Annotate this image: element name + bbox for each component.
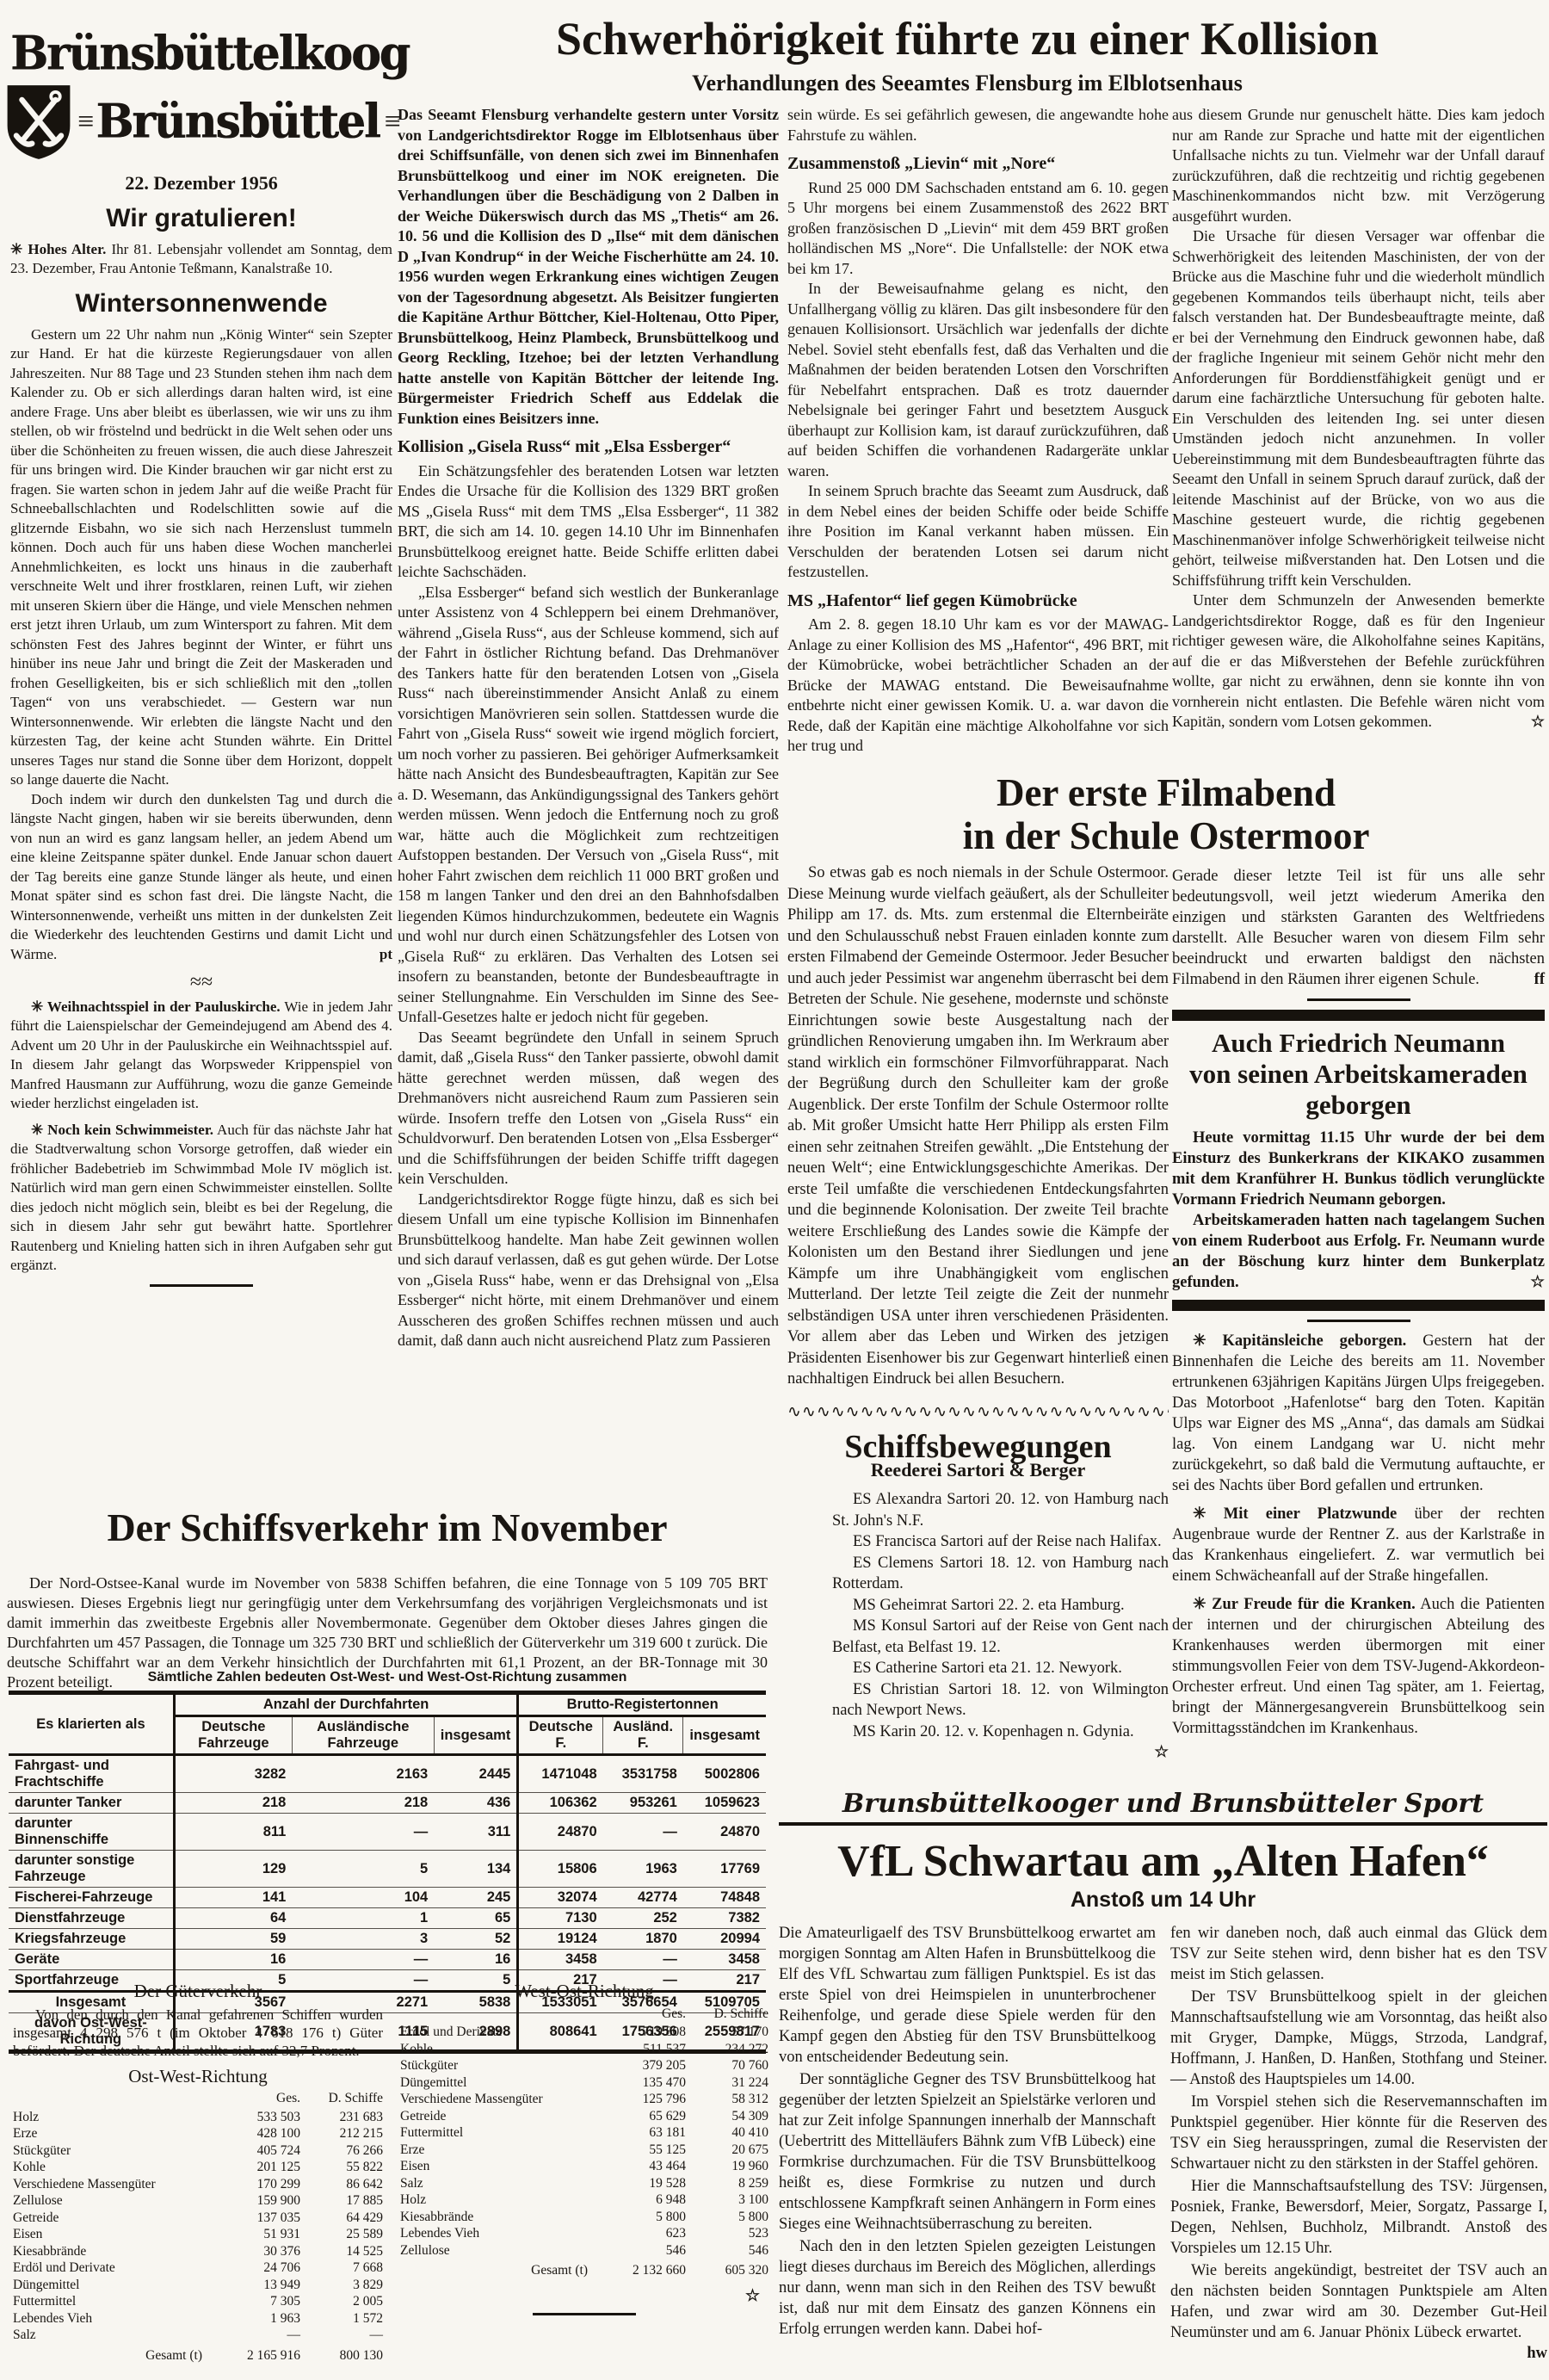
cargo-row: Zellulose546546 (400, 2242, 768, 2259)
sport-section: Brunsbüttelkooger und Brunsbütteler Spor… (779, 1789, 1547, 2364)
sport-end-paragraph: Wie bereits angekündigt, bestreitet der … (1170, 2260, 1547, 2343)
ship-entry: ES Alexandra Sartori 20. 12. von Hamburg… (787, 1489, 1169, 1531)
filmabend-headline: Der erste Filmabend in der Schule Osterm… (787, 771, 1545, 857)
main-headline: Schwerhörigkeit führte zu einer Kollisio… (394, 14, 1540, 64)
table-caption: Sämtliche Zahlen bedeuten Ost-West- und … (9, 1670, 766, 1685)
gueterverkehr-text: Von den durch den Kanal gefahrenen Schif… (13, 2006, 383, 2060)
cargo-row: Erze55 12520 675 (400, 2142, 768, 2159)
filmabend-left-column: So etwas gab es noch niemals in der Schu… (787, 862, 1169, 1764)
anchor-shield-icon (5, 83, 72, 162)
neumann-body: Heute vormittag 11.15 Uhr wurde der bei … (1172, 1128, 1545, 1293)
ost-west-total: Gesamt (t)2 165 916800 130 (13, 2347, 383, 2365)
news-brief: ✳ Mit einer Platzwunde über der rechten … (1172, 1504, 1545, 1586)
author-initials: pt (371, 945, 392, 965)
cargo-row: Erdöl und Derivate719 80857 170 (400, 2024, 768, 2041)
cargo-row: Verschiedene Massengüter170 29986 642 (13, 2176, 383, 2193)
masthead: Brünsbüttelkoog ≡ Brünsbüttel ≡ 22. Deze… (10, 29, 392, 194)
subhead-gisela-russ: Kollision „Gisela Russ“ mit „Elsa Essber… (398, 437, 779, 458)
end-star-icon: ☆ (1521, 1272, 1545, 1293)
west-ost-column-headers: Ges.D. Schiffe (400, 2006, 768, 2023)
section-rule (150, 1284, 253, 1287)
article-column-2: sein würde. Es sei gefährlich gewesen, d… (787, 105, 1169, 775)
cargo-row: Kiesabbrände30 37614 525 (13, 2243, 383, 2260)
end-star-icon: ☆ (400, 2288, 768, 2305)
ship-entry: MS Konsul Sartori auf der Reise von Gent… (787, 1616, 1169, 1658)
west-ost-column: West-Ost-Richtung Ges.D. Schiffe Erdöl u… (400, 1980, 768, 2324)
newspaper-page: Brünsbüttelkoog ≡ Brünsbüttel ≡ 22. Deze… (0, 0, 1549, 2380)
cargo-row: Düngemittel135 47031 224 (400, 2074, 768, 2092)
cargo-row: Erdöl und Derivate24 7067 668 (13, 2259, 383, 2277)
small-wave-divider: ≈≈ (10, 973, 392, 992)
section-rule (1307, 1320, 1410, 1322)
news-item: ✳ Noch kein Schwimmeister. Auch für das … (10, 1121, 392, 1276)
section-rule (533, 2313, 636, 2315)
sport-left-column: Die Amateurligaelf des TSV Brunsbüttelko… (779, 1923, 1156, 2364)
gratulieren-heading: Wir gratulieren! (10, 204, 392, 233)
filmabend-right-paragraph: Gerade dieser letzte Teil ist für uns al… (1172, 866, 1545, 990)
wintersonnenwende-heading: Wintersonnenwende (10, 289, 392, 318)
gueterverkehr-heading: Der Güterverkehr (13, 1983, 383, 2000)
schiffsverkehr-headline: Der Schiffsverkehr im November (9, 1506, 766, 1549)
masthead-flourish-left: ≡ (77, 108, 90, 137)
masthead-title-line1: Brünsbüttelkoog (10, 28, 392, 80)
table-row: Fischerei-Fahrzeuge 141 104 245 32074 42… (9, 1888, 766, 1908)
gratulieren-text: ✳ Hohes Alter. Ihr 81. Lebensjahr vollen… (10, 240, 392, 279)
ship-entry: ES Christian Sartori 18. 12. von Wilming… (787, 1679, 1169, 1722)
local-news-items: ✳ Weihnachtsspiel in der Pauluskirche. W… (10, 998, 392, 1276)
ship-entry: ES Francisca Sartori auf der Reise nach … (787, 1531, 1169, 1553)
ship-entry: MS Karin 20. 12. v. Kopenhagen n. Gdynia… (787, 1722, 1169, 1743)
ost-west-rows: Holz533 503231 683 Erze428 100212 215 St… (13, 2109, 383, 2344)
cargo-row: Eisen43 46419 960 (400, 2158, 768, 2175)
cargo-row: Düngemittel13 9493 829 (13, 2277, 383, 2294)
masthead-row2: ≡ Brünsbüttel ≡ (10, 83, 392, 162)
main-article-header: Schwerhörigkeit führte zu einer Kollisio… (394, 14, 1540, 96)
masthead-flourish-right: ≡ (385, 108, 398, 137)
subhead-hafentor: MS „Hafentor“ lief gegen Kümobrücke (787, 591, 1169, 612)
issue-date: 22. Dezember 1956 (10, 174, 392, 194)
table-header: Es klarierten als Anzahl der Durchfahrte… (9, 1693, 766, 1755)
news-briefs: ✳ Kapitänsleiche geborgen. Gestern hat d… (1172, 1331, 1545, 1739)
cargo-row: Kohle201 12555 822 (13, 2159, 383, 2176)
cargo-row: Getreide65 62954 309 (400, 2108, 768, 2125)
cargo-row: Stückgüter405 72476 266 (13, 2142, 383, 2160)
black-bar (1172, 1300, 1545, 1311)
table-row: Kriegsfahrzeuge 59 3 52 19124 1870 20994 (9, 1929, 766, 1950)
table-row: Geräte 16 — 16 3458 — 3458 (9, 1950, 766, 1970)
cargo-row: Lebendes Vieh1 9631 572 (13, 2310, 383, 2327)
ship-entry: MS Geheimrat Sartori 22. 2. eta Hamburg. (787, 1595, 1169, 1617)
table-row: Dienstfahrzeuge 64 1 65 7130 252 7382 (9, 1908, 766, 1929)
author-initials: hw (1518, 2343, 1547, 2364)
sport-headline: VfL Schwartau am „Alten Hafen“ (779, 1838, 1547, 1886)
table-row: darunter Tanker 218 218 436 106362 95326… (9, 1793, 766, 1814)
west-ost-rows: Erdöl und Derivate719 80857 170 Kohle511… (400, 2024, 768, 2259)
cargo-row: Futtermittel7 3052 005 (13, 2293, 383, 2310)
main-subtitle: Verhandlungen des Seeamtes Flensburg im … (394, 71, 1540, 96)
cargo-row: Stückgüter379 20570 760 (400, 2057, 768, 2074)
ship-entry: ES Catherine Sartori eta 21. 12. Newyork… (787, 1658, 1169, 1679)
cargo-row: Eisen51 93125 589 (13, 2226, 383, 2243)
cargo-row: Erze428 100212 215 (13, 2125, 383, 2142)
ost-west-heading: Ost-West-Richtung (13, 2068, 383, 2086)
cargo-row: Futtermittel63 18140 410 (400, 2124, 768, 2142)
sport-right-column: fen wir daneben noch, daß auch einmal da… (1170, 1923, 1547, 2364)
author-initials: ff (1526, 969, 1545, 990)
wave-ornament-divider: ∿∿∿∿∿∿∿∿∿∿∿∿∿∿∿∿∿∿∿∿∿∿∿∿∿∿∿∿∿∿∿∿∿∿∿∿ (787, 1402, 1169, 1424)
cargo-row: Kiesabbrände5 8005 800 (400, 2209, 768, 2226)
west-ost-total: Gesamt (t)2 132 660605 320 (400, 2262, 768, 2279)
sport-kickoff: Anstoß um 14 Uhr (779, 1888, 1547, 1913)
sport-band: Brunsbüttelkooger und Brunsbütteler Spor… (779, 1789, 1547, 1826)
section-rule (1307, 998, 1410, 1001)
subhead-lievin-nore: Zusammenstoß „Lievin“ mit „Nore“ (787, 154, 1169, 175)
neumann-headline: Auch Friedrich Neumann von seinen Arbeit… (1172, 1028, 1545, 1121)
black-bar (1172, 1010, 1545, 1021)
cargo-row: Salz19 5288 259 (400, 2175, 768, 2192)
cargo-row: Zellulose159 90017 885 (13, 2192, 383, 2210)
article-column-3: aus diesem Grunde nur genuschelt hätte. … (1172, 105, 1545, 869)
neumann-end-paragraph: Arbeitskameraden hatten nach tagelangem … (1172, 1210, 1545, 1293)
cargo-row: Lebendes Vieh623523 (400, 2225, 768, 2242)
news-item: ✳ Weihnachtsspiel in der Pauluskirche. W… (10, 998, 392, 1114)
table-row: Fahrgast- und Frachtschiffe 3282 2163 24… (9, 1755, 766, 1793)
cargo-row: Getreide137 03564 429 (13, 2210, 383, 2227)
cargo-row: Holz6 9483 100 (400, 2191, 768, 2209)
left-column: Brünsbüttelkoog ≡ Brünsbüttel ≡ 22. Deze… (10, 29, 392, 1295)
end-star-icon: ☆ (1145, 1742, 1169, 1764)
wintersonnenwende-body: Gestern um 22 Uhr nahm nun „König Winter… (10, 325, 392, 965)
table-row: darunter sonstige Fahrzeuge 129 5 134 15… (9, 1851, 766, 1888)
news-brief: ✳ Kapitänsleiche geborgen. Gestern hat d… (1172, 1331, 1545, 1496)
right-lower-column: Gerade dieser letzte Teil ist für uns al… (1172, 866, 1545, 1746)
wintersonnenwende-last-paragraph: Doch indem wir durch den dunkelsten Tag … (10, 790, 392, 965)
table-row: darunter Binnenschiffe 811 — 311 24870 —… (9, 1814, 766, 1851)
cargo-row: Holz533 503231 683 (13, 2109, 383, 2126)
cargo-row: Salz—— (13, 2327, 383, 2344)
cargo-row: Kohle511 537234 272 (400, 2041, 768, 2058)
schiffsbewegungen-heading: Schiffsbewegungen (787, 1437, 1169, 1458)
west-ost-heading: West-Ost-Richtung (400, 1983, 768, 2000)
masthead-title-line2: Brünsbüttel (96, 96, 379, 148)
cargo-row: Verschiedene Massengüter125 79658 312 (400, 2091, 768, 2108)
ship-entry: ES Clemens Sartori 18. 12. von Hamburg n… (787, 1553, 1169, 1595)
news-brief: ✳ Zur Freude für die Kranken. Auch die P… (1172, 1594, 1545, 1739)
article-column-1: Das Seeamt Flensburg verhandelte gestern… (398, 105, 779, 1508)
end-star-icon: ☆ (1522, 712, 1545, 733)
gueterverkehr-column: Der Güterverkehr Von den durch den Kanal… (13, 1980, 383, 2364)
article-end-paragraph: Unter dem Schmunzeln der Anwesenden beme… (1172, 590, 1545, 733)
ost-west-column-headers: Ges.D. Schiffe (13, 2090, 383, 2107)
ship-movements-list: ES Alexandra Sartori 20. 12. von Hamburg… (787, 1489, 1169, 1742)
